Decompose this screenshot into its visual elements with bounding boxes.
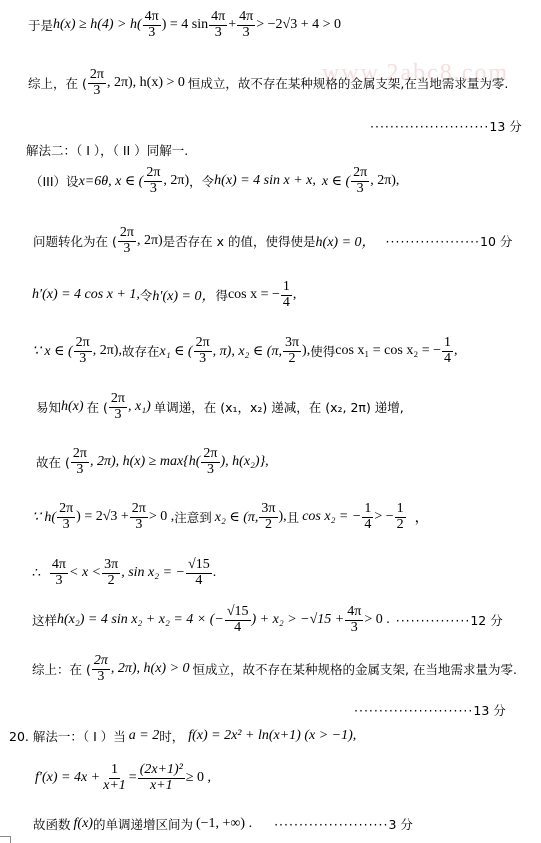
fraction: 4π3 bbox=[237, 10, 255, 40]
fraction: 2π3 bbox=[201, 447, 219, 477]
problem-transform-line: 问题转化为在 ( 2π3 , 2π) 是否存在 x 的值，使得使是 h(x) =… bbox=[33, 226, 512, 256]
fraction: (2x+1)²x+1 bbox=[138, 763, 185, 793]
solution-2-header: 解法二：（ I ），（ II ）同解一. bbox=[26, 141, 188, 159]
fraction: 2π3 bbox=[118, 226, 136, 256]
math-expr: > −2√3 + 4 > 0 bbox=[256, 17, 341, 33]
fraction: 2π3 bbox=[88, 68, 106, 98]
fraction: 14 bbox=[442, 336, 453, 366]
hx2-evaluation-line: 这样 h(x₂) = 4 sin x₂ + x₂ = 4 × (− √154 )… bbox=[32, 605, 503, 635]
fraction: 2π3 bbox=[144, 166, 162, 196]
fraction: √154 bbox=[225, 605, 251, 635]
fraction: 3π2 bbox=[102, 558, 120, 588]
fraction: 14 bbox=[281, 280, 292, 310]
score-marker-13b: ························13 分 bbox=[354, 701, 506, 719]
part-3-setup: （III）设 x=6θ, x ∈ ( 2π3 , 2π) ，令 h(x) = 4… bbox=[30, 166, 399, 196]
text-prefix: 综上，在 ( bbox=[28, 74, 87, 92]
monotonicity-line: 易知 h(x) 在 ( 2π3 , x₁) 单调递，在 (x₁，x₂) 递减，在… bbox=[36, 392, 404, 422]
fraction: 2π3 bbox=[71, 447, 89, 477]
inequality-line-h4: 于是 h(x) ≥ h(4) > h( 4π3 ) = 4 sin 4π3 + … bbox=[28, 10, 341, 40]
fraction: 3π2 bbox=[259, 502, 277, 532]
conclusion-line-2: 综上：在 ( 2π3 , 2π), h(x) > 0 恒成立，故不存在某种规格的… bbox=[32, 654, 517, 684]
fraction: 2π3 bbox=[351, 166, 369, 196]
f-derivative-line: f′(x) = 4x + 1x+1 = (2x+1)²x+1 ≥ 0 , bbox=[35, 763, 211, 793]
monotonic-interval-line: 故函数 f(x) 的单调递增区间为 (−1, +∞) . ···········… bbox=[33, 815, 413, 833]
score-marker-13: ························13 分 bbox=[370, 117, 522, 135]
text-prefix: 于是 bbox=[28, 16, 53, 34]
math-expr: + bbox=[228, 17, 236, 33]
problem-20-header: 20. 解法一：（ I ）当 a = 2 时， f(x) = 2x² + ln(… bbox=[9, 727, 356, 745]
score-marker-10: ···················10 分 bbox=[386, 232, 513, 250]
math-expr: ) = 4 sin bbox=[162, 17, 208, 33]
fraction: 2π3 bbox=[74, 336, 92, 366]
fraction: 2π3 bbox=[194, 336, 212, 366]
derivative-line: h′(x) = 4 cos x + 1, 令 h′(x) = 0， 得 cos … bbox=[32, 280, 296, 310]
max-bound-line: 故在 ( 2π3 , 2π), h(x) ≥ max{h( 2π3 ), h(x… bbox=[36, 447, 269, 477]
fraction: 1x+1 bbox=[101, 763, 128, 793]
fraction: 4π3 bbox=[345, 605, 363, 635]
text-suffix: 恒成立，故不存在某种规格的金属支架,在当地需求量为零. bbox=[188, 74, 508, 92]
fraction: 12 bbox=[395, 502, 406, 532]
page-corner-mark bbox=[0, 836, 11, 843]
fraction: 2π3 bbox=[109, 392, 127, 422]
math-expr: , 2π), h(x) > 0 bbox=[107, 75, 185, 91]
fraction: 2π3 bbox=[130, 502, 148, 532]
fraction: 4π3 bbox=[143, 10, 161, 40]
fraction: 2π3 bbox=[92, 654, 110, 684]
fraction: 3π2 bbox=[283, 336, 301, 366]
score-marker-12: ···············12 分 bbox=[396, 611, 503, 629]
fraction: √154 bbox=[186, 558, 212, 588]
fraction: 4π3 bbox=[50, 558, 68, 588]
range-line: ∴ 4π3 < x < 3π2 , sin x₂ = − √154 . bbox=[32, 558, 216, 588]
fraction: 4π3 bbox=[209, 10, 227, 40]
evaluation-line: ∵ h( 2π3 ) = 2√3 + 2π3 > 0 , 注意到 x₂ ∈ (π… bbox=[32, 502, 429, 532]
math-expr: h(x) ≥ h(4) > h( bbox=[53, 17, 142, 33]
conclusion-line-1: 综上，在 ( 2π3 , 2π), h(x) > 0 恒成立，故不存在某种规格的… bbox=[28, 68, 508, 98]
fraction: 2π3 bbox=[57, 502, 75, 532]
fraction: 14 bbox=[362, 502, 373, 532]
score-marker-3: ·······················3 分 bbox=[274, 815, 413, 833]
existence-line: ∵ x ∈ ( 2π3 , 2π), 故存在 x₁ ∈ ( 2π3 , π), … bbox=[32, 336, 458, 366]
